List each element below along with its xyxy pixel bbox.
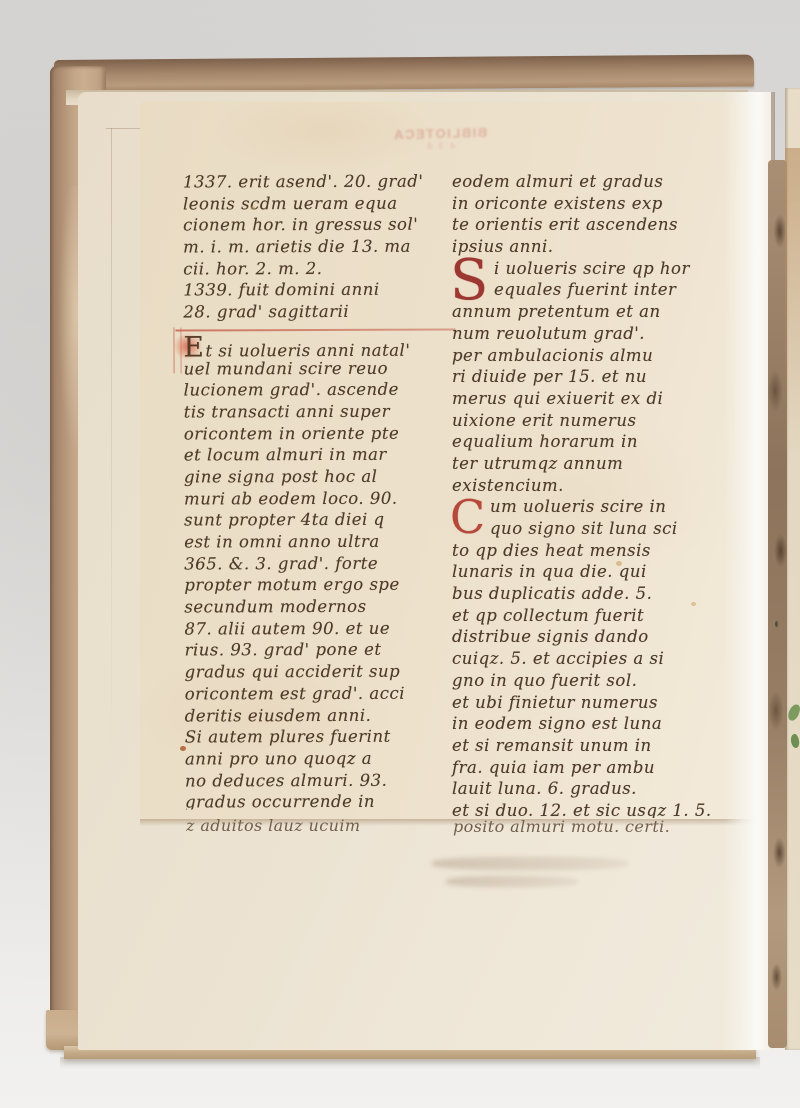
- manuscript-line: m. i. m. arietis die 13. ma: [183, 236, 451, 259]
- rubric-rule: [183, 322, 451, 336]
- manuscript-line: quo signo sit luna sci: [490, 518, 728, 540]
- manuscript-line: 365. &. 3. grad'. forte: [184, 552, 452, 575]
- manuscript-line: sunt propter 4ta diei q: [184, 509, 452, 532]
- manuscript-line: 87. alii autem 90. et ue: [184, 617, 452, 640]
- cut-line: gradus occurrende in: [185, 791, 453, 810]
- ink-stain: [180, 746, 186, 751]
- manuscript-line: i uolueris scire qp hor: [494, 258, 728, 280]
- manuscript-line: equalium horarum in: [452, 431, 728, 453]
- manuscript-line: per ambulacionis almu: [452, 345, 728, 367]
- manuscript-line: tis transacti anni super: [184, 400, 452, 423]
- initial-letter: E: [183, 330, 204, 363]
- manuscript-line: 28. grad' sagittarii: [183, 301, 451, 324]
- left-text-column: 1337. erit asend'. 20. grad'leonis scdm …: [183, 171, 453, 810]
- show-through-smudge: [432, 857, 628, 870]
- show-through-library-stamp: BIBLIOTECA 4 3 8: [390, 125, 491, 153]
- manuscript-line: 1339. fuit domini anni: [183, 279, 451, 302]
- foxing-spot: [616, 561, 622, 566]
- manuscript-line: ipsius anni.: [452, 236, 728, 258]
- gutter-highlight: [724, 92, 774, 1050]
- manuscript-line: lauit luna. 6. gradus.: [452, 778, 728, 800]
- right-text-column: eodem almuri et gradusin oriconte existe…: [452, 171, 728, 818]
- manuscript-line: uel mundani scire reuo: [184, 357, 452, 380]
- left-paragraph-2: uel mundani scire reuolucionem grad'. as…: [184, 357, 454, 792]
- cut-line-wrap: et si duo. 12. et sic usqz 1. 5.: [452, 800, 728, 818]
- manuscript-line: ri diuide per 15. et nu: [452, 366, 728, 388]
- manuscript-line: cionem hor. in gressus sol': [183, 214, 451, 237]
- manuscript-line: cuiqz. 5. et accipies a si: [452, 648, 728, 670]
- manuscript-line: propter motum ergo spe: [184, 574, 452, 597]
- foxing-spot: [691, 602, 696, 606]
- manuscript-line: lunaris in qua die. qui: [452, 561, 728, 583]
- foxing-spot: [250, 206, 255, 210]
- manuscript-line: est in omni anno ultra: [184, 531, 452, 554]
- manuscript-line: muri ab eodem loco. 90.: [184, 487, 452, 510]
- show-through-smudge: [446, 876, 578, 887]
- manuscript-line: ter utrumqz annum: [452, 453, 728, 475]
- right-paragraph-1: eodem almuri et gradusin oriconte existe…: [452, 171, 728, 258]
- manuscript-line: anni pro uno quoqz a: [185, 747, 453, 770]
- manuscript-line: um uolueris scire in: [490, 496, 728, 518]
- book-cover-top-edge: [54, 55, 754, 92]
- manuscript-line: gradus qui acciderit sup: [185, 661, 453, 684]
- manuscript-line: 1337. erit asend'. 20. grad': [183, 171, 451, 194]
- rubric-initial-s: S: [450, 253, 489, 309]
- cut-line-wrap: gradus occurrende in: [185, 791, 453, 810]
- leaf-cut-bottom-edge: [140, 819, 756, 826]
- manuscript-line: Si autem plures fuerint: [185, 726, 453, 749]
- manuscript-line: oricontem in oriente pte: [184, 422, 452, 445]
- manuscript-line: existencium.: [452, 475, 728, 497]
- manuscript-line: fra. quia iam per ambu: [452, 757, 728, 779]
- manuscript-line: uixione erit numerus: [452, 410, 728, 432]
- manuscript-line: distribue signis dando: [452, 626, 728, 648]
- manuscript-line: eodem almuri et gradus: [452, 171, 728, 193]
- manuscript-line: equales fuerint inter: [494, 279, 728, 301]
- manuscript-line: in eodem signo est luna: [452, 713, 728, 735]
- manuscript-line: cii. hor. 2. m. 2.: [183, 257, 451, 280]
- manuscript-line: to qp dies heat mensis: [452, 540, 728, 562]
- manuscript-line: rius. 93. grad' pone et: [185, 639, 453, 662]
- manuscript-line: et si remansit unum in: [452, 735, 728, 757]
- manuscript-line: in oriconte existens exp: [452, 193, 728, 215]
- manuscript-line: merus qui exiuerit ex di: [452, 388, 728, 410]
- manuscript-photo: BIBLIOTECA 4 3 8 1337. erit asend'. 20. …: [0, 0, 800, 1108]
- cut-line: et si duo. 12. et sic usqz 1. 5.: [452, 800, 728, 818]
- left-paragraph-2-first-line: Et si uolueris anni natal': [183, 335, 451, 358]
- manuscript-line: et qp collectum fuerit: [452, 605, 728, 627]
- right-paragraph-3: to qp dies heat mensislunaris in qua die…: [452, 540, 728, 800]
- facing-page-stain: [785, 148, 800, 458]
- manuscript-line: te orientis erit ascendens: [452, 214, 728, 236]
- red-washed-initial: E: [183, 336, 205, 362]
- right-paragraph-3-head: C um uolueris scire inquo signo sit luna…: [452, 496, 728, 539]
- manuscript-line: gno in quo fuerit sol.: [452, 670, 728, 692]
- manuscript-line: annum pretentum et an: [452, 301, 728, 323]
- manuscript-line: secundum modernos: [184, 596, 452, 619]
- stamp-text: BIBLIOTECA: [390, 125, 490, 143]
- manuscript-line: et locum almuri in mar: [184, 444, 452, 467]
- manuscript-line: gine signa post hoc al: [184, 465, 452, 488]
- manuscript-line: num reuolutum grad'.: [452, 323, 728, 345]
- manuscript-line: lucionem grad'. ascende: [184, 379, 452, 402]
- debris-speck: [775, 621, 778, 627]
- rubric-initial-c: C: [450, 494, 486, 540]
- right-paragraph-2-head: S i uolueris scire qp horequales fuerint…: [452, 258, 728, 301]
- manuscript-line: et ubi finietur numerus: [452, 692, 728, 714]
- left-paragraph-1: 1337. erit asend'. 20. grad'leonis scdm …: [183, 171, 452, 324]
- manuscript-line: deritis eiusdem anni.: [185, 704, 453, 727]
- right-paragraph-2: annum pretentum et annum reuolutum grad'…: [452, 301, 728, 496]
- under-page-crease-vertical: [111, 128, 112, 768]
- manuscript-line: leonis scdm ueram equa: [183, 192, 451, 215]
- manuscript-line: oricontem est grad'. acci: [185, 682, 453, 705]
- manuscript-line: bus duplicatis adde. 5.: [452, 583, 728, 605]
- manuscript-line: no deduces almuri. 93.: [185, 769, 453, 792]
